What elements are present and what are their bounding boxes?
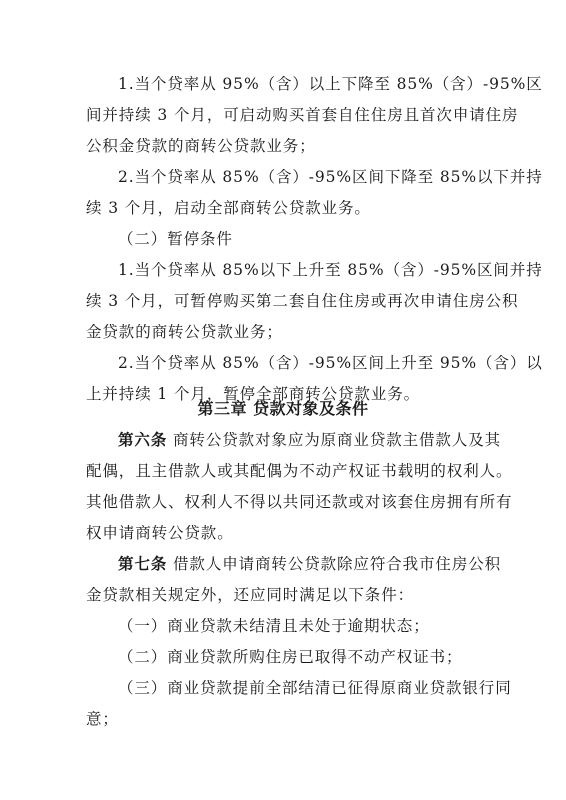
text-line: 续 3 个月，启动全部商转公贷款业务。	[86, 199, 488, 217]
text-line: 其他借款人、权利人不得以共同还款或对该套住房拥有所有	[86, 493, 488, 511]
document-page: 1.当个贷率从 95%（含）以上下降至 85%（含）-95%区 间并持续 3 个…	[0, 0, 566, 800]
condition-3: （三）商业贷款提前全部结清已征得原商业贷款银行同	[118, 679, 520, 697]
text-line: 意；	[86, 710, 488, 728]
article-7-text: 借款人申请商转公贷款除应符合我市住房公积	[173, 555, 501, 573]
chapter-heading: 第三章 贷款对象及条件	[0, 400, 566, 418]
text-line: 间并持续 3 个月，可启动购买首套自住住房且首次申请住房	[86, 106, 488, 124]
article-7-label: 第七条	[118, 555, 167, 573]
text-line: 公积金贷款的商转公贷款业务；	[86, 137, 488, 155]
text-line: 1.当个贷率从 95%（含）以上下降至 85%（含）-95%区	[118, 75, 488, 93]
text-line: 2.当个贷率从 85%（含）-95%区间下降至 85%以下并持	[118, 168, 488, 186]
section-subheading: （二）暂停条件	[118, 230, 520, 248]
article-6-line: 第六条 商转公贷款对象应为原商业贷款主借款人及其	[118, 431, 488, 449]
article-6-label: 第六条	[118, 431, 167, 449]
article-7-line: 第七条 借款人申请商转公贷款除应符合我市住房公积	[118, 555, 488, 573]
condition-2: （二）商业贷款所购住房已取得不动产权证书；	[118, 648, 520, 666]
text-line: 金贷款的商转公贷款业务；	[86, 323, 488, 341]
article-6-text: 商转公贷款对象应为原商业贷款主借款人及其	[173, 431, 501, 449]
text-line: 配偶，且主借款人或其配偶为不动产权证书载明的权利人。	[86, 462, 488, 480]
text-line: 2.当个贷率从 85%（含）-95%区间上升至 95%（含）以	[118, 354, 488, 372]
condition-1: （一）商业贷款未结清且未处于逾期状态；	[118, 617, 520, 635]
text-line: 金贷款相关规定外，还应同时满足以下条件：	[86, 586, 488, 604]
text-line: 1.当个贷率从 85%以下上升至 85%（含）-95%区间并持	[118, 261, 488, 279]
text-line: 续 3 个月，可暂停购买第二套自住住房或再次申请住房公积	[86, 292, 488, 310]
text-line: 权申请商转公贷款。	[86, 524, 488, 542]
